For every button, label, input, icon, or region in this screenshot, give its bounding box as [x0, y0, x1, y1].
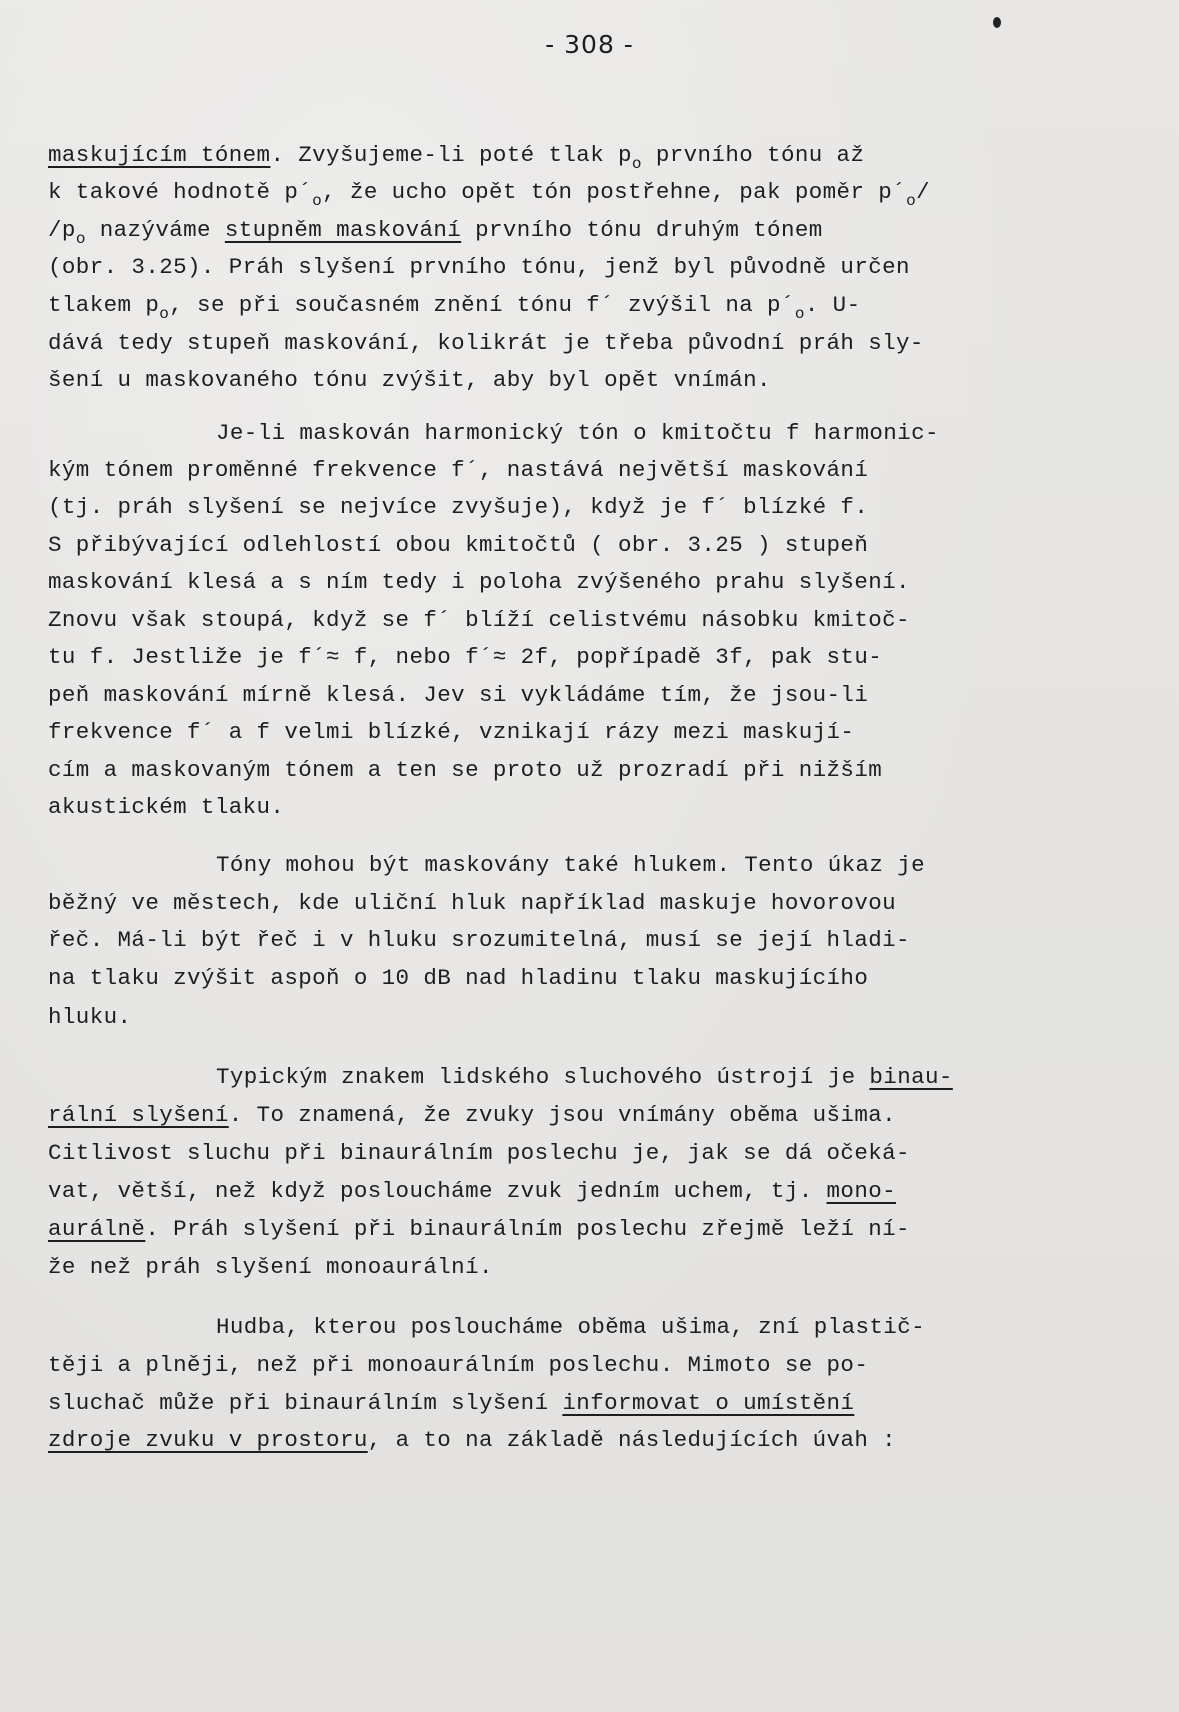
- text-line: Znovu však stoupá, když se f´ blíží celi…: [48, 605, 910, 635]
- term-binaural: binau-: [869, 1064, 952, 1090]
- text-line: těji a plněji, než při monoaurálním posl…: [48, 1350, 868, 1380]
- text-line: peň maskování mírně klesá. Jev si vyklád…: [48, 680, 868, 710]
- text-line: vat, větší, než když posloucháme zvuk je…: [48, 1176, 896, 1206]
- text-line: běžný ve městech, kde uliční hluk napřík…: [48, 888, 896, 918]
- text-line: Je-li maskován harmonický tón o kmitočtu…: [48, 418, 939, 448]
- text-line: hluku.: [48, 1002, 131, 1032]
- text-line: Tóny mohou být maskovány také hlukem. Te…: [48, 850, 925, 880]
- term-degree-of-masking: stupněm maskování: [225, 217, 461, 243]
- text-line: tlakem po, se při současném znění tónu f…: [48, 290, 860, 329]
- text-line: (obr. 3.25). Práh slyšení prvního tónu, …: [48, 252, 910, 282]
- text-line: kým tónem proměnné frekvence f´, nastává…: [48, 455, 868, 485]
- text-line: zdroje zvuku v prostoru, a to na základě…: [48, 1425, 896, 1455]
- page-number: - 308 -: [0, 30, 1179, 59]
- text-line: řeč. Má-li být řeč i v hluku srozumiteln…: [48, 925, 910, 955]
- text-line: maskujícím tónem. Zvyšujeme-li poté tlak…: [48, 140, 864, 179]
- term-informing-location: informovat o umístění: [562, 1390, 854, 1416]
- text-line: dává tedy stupeň maskování, kolikrát je …: [48, 328, 924, 358]
- term-binaural-hearing: rální slyšení: [48, 1102, 229, 1128]
- text-line: tu f. Jestliže je f´≈ f, nebo f´≈ 2f, po…: [48, 642, 882, 672]
- text-line: na tlaku zvýšit aspoň o 10 dB nad hladin…: [48, 963, 868, 993]
- text-line: Typickým znakem lidského sluchového ústr…: [48, 1062, 953, 1092]
- text-line: frekvence f´ a f velmi blízké, vznikají …: [48, 717, 854, 747]
- term-sound-source-space: zdroje zvuku v prostoru: [48, 1427, 368, 1453]
- text-line: že než práh slyšení monoaurální.: [48, 1252, 493, 1282]
- text-line: Hudba, kterou posloucháme oběma ušima, z…: [48, 1312, 925, 1342]
- term-monaural: aurálně: [48, 1216, 145, 1242]
- ink-speck: [993, 17, 1001, 28]
- text-line: S přibývající odlehlostí obou kmitočtů (…: [48, 530, 868, 560]
- text-line: šení u maskovaného tónu zvýšit, aby byl …: [48, 365, 771, 395]
- text-line: /po nazýváme stupněm maskování prvního t…: [48, 215, 823, 254]
- text-line: (tj. práh slyšení se nejvíce zvyšuje), k…: [48, 492, 868, 522]
- text-line: aurálně. Práh slyšení při binaurálním po…: [48, 1214, 910, 1244]
- term-mono: mono-: [827, 1178, 897, 1204]
- text-line: Citlivost sluchu při binaurálním poslech…: [48, 1138, 910, 1168]
- text-line: cím a maskovaným tónem a ten se proto už…: [48, 755, 882, 785]
- text-line: k takové hodnotě p´o, že ucho opět tón p…: [48, 177, 930, 216]
- text-line: akustickém tlaku.: [48, 792, 284, 822]
- text-line: sluchač může při binaurálním slyšení inf…: [48, 1388, 854, 1418]
- term-masking-tone: maskujícím tónem: [48, 142, 270, 168]
- text-line: maskování klesá a s ním tedy i poloha zv…: [48, 567, 910, 597]
- text-line: rální slyšení. To znamená, že zvuky jsou…: [48, 1100, 896, 1130]
- scanned-page: - 308 - maskujícím tónem. Zvyšujeme-li p…: [0, 0, 1179, 1712]
